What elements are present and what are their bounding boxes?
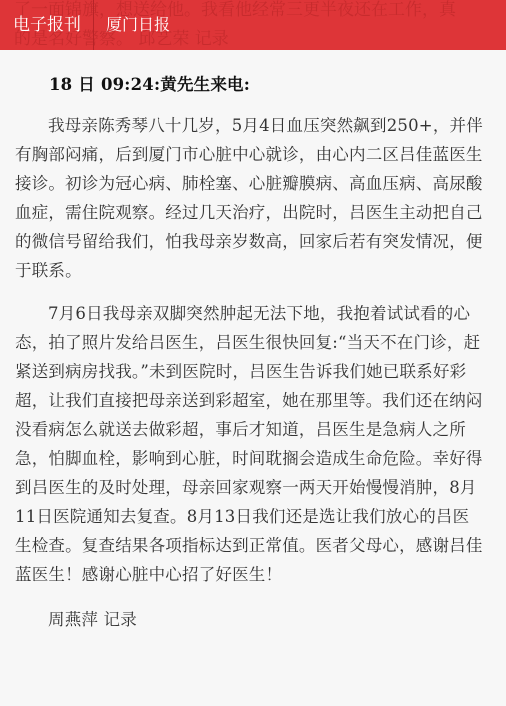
brand-link[interactable]: 电子报刊	[0, 0, 93, 50]
newspaper-title-link[interactable]: 厦门日报	[94, 0, 170, 50]
signature: 周燕萍 记录	[15, 605, 485, 634]
top-header: 了一面锦旗，想送给他。我看他经常三更半夜还在工作，真 的是名好警察。 邱艺荣 记…	[0, 0, 506, 50]
article-paragraph: 我母亲陈秀琴八十几岁，5月4日血压突然飙到250+，并伴有胸部闷痛，后到厦门市心…	[15, 111, 485, 285]
call-heading: 18 日 09:24:黄先生来电:	[15, 70, 485, 99]
article-body: 18 日 09:24:黄先生来电: 我母亲陈秀琴八十几岁，5月4日血压突然飙到2…	[15, 70, 485, 648]
article-paragraph: 7月6日我母亲双脚突然肿起无法下地，我抱着试试看的心态，拍了照片发给吕医生，吕医…	[15, 299, 485, 589]
